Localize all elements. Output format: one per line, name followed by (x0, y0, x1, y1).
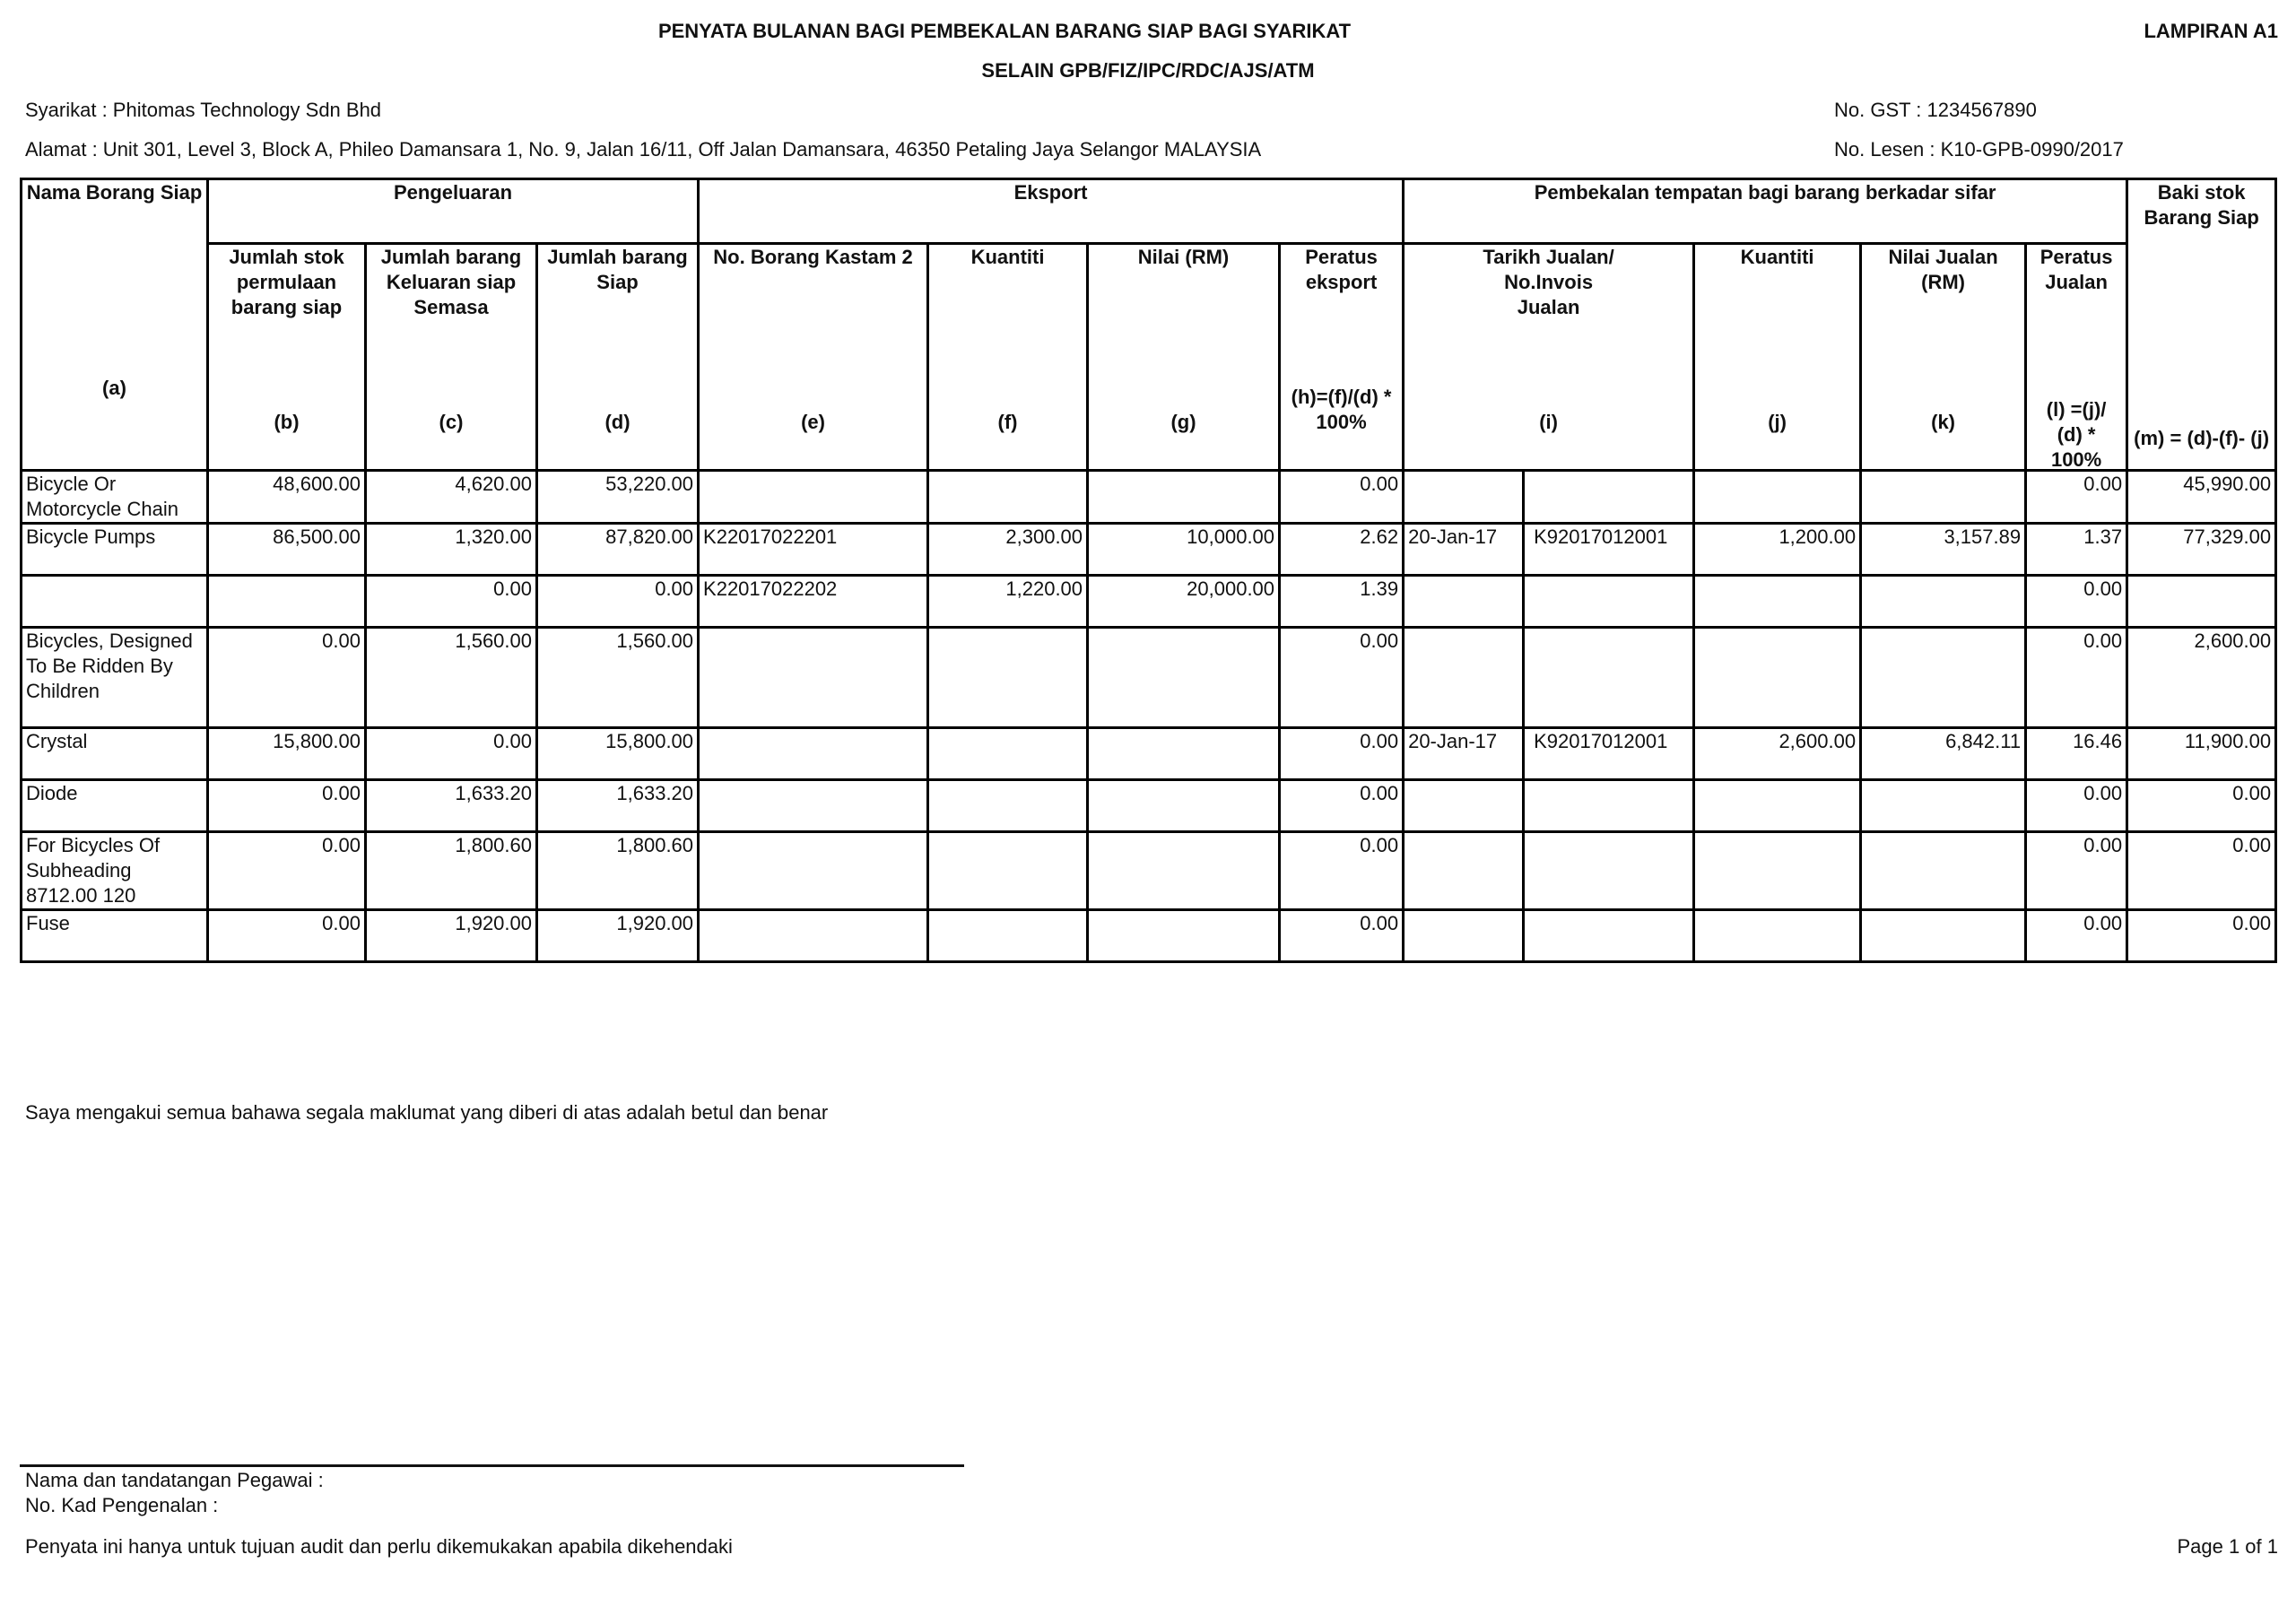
col-g-label: (g) (1089, 410, 1278, 435)
cell-c: 0.00 (366, 728, 537, 780)
cell-c: 4,620.00 (366, 471, 537, 524)
cell-l: 1.37 (2026, 524, 2127, 576)
cell-g: 10,000.00 (1088, 524, 1280, 576)
gst-number: No. GST : 1234567890 (1834, 99, 2037, 122)
cell-f: 2,300.00 (928, 524, 1088, 576)
cell-c: 1,633.20 (366, 780, 537, 832)
cell-e (699, 728, 928, 780)
col-h-title: Peratus eksport (1284, 245, 1398, 295)
cell-d: 1,560.00 (537, 628, 699, 728)
cell-b: 0.00 (208, 832, 366, 910)
col-e-header: No. Borang Kastam 2(e) (699, 243, 928, 470)
table-row: Bicycle Pumps86,500.001,320.0087,820.00K… (22, 524, 2276, 576)
cell-f (928, 780, 1088, 832)
cell-c: 1,920.00 (366, 910, 537, 962)
cell-name: Crystal (22, 728, 208, 780)
cell-name: Bicycles, Designed To Be Ridden By Child… (22, 628, 208, 728)
report-title-line1: PENYATA BULANAN BAGI PEMBEKALAN BARANG S… (658, 20, 1351, 42)
cell-j: 1,200.00 (1694, 524, 1861, 576)
cell-m: 0.00 (2127, 780, 2276, 832)
col-e-label: (e) (700, 410, 926, 435)
col-group-baki: Baki stok Barang Siap (m) = (d)-(f)- (j) (2127, 179, 2276, 471)
col-group-pembekalan: Pembekalan tempatan bagi barang berkadar… (1404, 179, 2127, 244)
cell-i-inv (1524, 910, 1694, 962)
col-l-header: Peratus Jualan(l) =(j)/ (d) * 100% (2026, 243, 2127, 470)
cell-k (1861, 628, 2026, 728)
table-row: For Bicycles Of Subheading 8712.00 1200.… (22, 832, 2276, 910)
col-c-title: Jumlah barang Keluaran siap Semasa (370, 245, 532, 320)
cell-c: 0.00 (366, 576, 537, 628)
col-j-label: (j) (1695, 410, 1859, 435)
cell-c: 1,560.00 (366, 628, 537, 728)
cell-k: 3,157.89 (1861, 524, 2026, 576)
cell-b: 0.00 (208, 910, 366, 962)
cell-f (928, 728, 1088, 780)
signature-line (20, 1464, 964, 1467)
cell-k (1861, 576, 2026, 628)
cell-g (1088, 628, 1280, 728)
cell-e (699, 471, 928, 524)
license-number: No. Lesen : K10-GPB-0990/2017 (1834, 138, 2124, 161)
table-row: Bicycle Or Motorcycle Chain48,600.004,62… (22, 471, 2276, 524)
cell-f (928, 910, 1088, 962)
cell-j (1694, 910, 1861, 962)
cell-name: Fuse (22, 910, 208, 962)
cell-d: 53,220.00 (537, 471, 699, 524)
cell-b: 15,800.00 (208, 728, 366, 780)
cell-m: 77,329.00 (2127, 524, 2276, 576)
cell-f (928, 832, 1088, 910)
cell-g (1088, 471, 1280, 524)
table-row: Fuse0.001,920.001,920.000.000.000.00 (22, 910, 2276, 962)
cell-i-inv (1524, 471, 1694, 524)
cell-name (22, 576, 208, 628)
cell-l: 0.00 (2026, 780, 2127, 832)
cell-c: 1,800.60 (366, 832, 537, 910)
cell-l: 0.00 (2026, 910, 2127, 962)
cell-h: 2.62 (1280, 524, 1404, 576)
cell-h: 0.00 (1280, 628, 1404, 728)
col-h-label: (h)=(f)/(d) * 100% (1281, 385, 1402, 435)
cell-i-date (1404, 576, 1524, 628)
cell-k (1861, 910, 2026, 962)
cell-h: 0.00 (1280, 832, 1404, 910)
cell-b: 48,600.00 (208, 471, 366, 524)
col-g-header: Nilai (RM)(g) (1088, 243, 1280, 470)
cell-e (699, 832, 928, 910)
col-i-header: Tarikh Jualan/ No.Invois Jualan(i) (1404, 243, 1694, 470)
cell-g: 20,000.00 (1088, 576, 1280, 628)
col-l-title: Peratus Jualan (2036, 245, 2117, 295)
col-group-name: Nama Borang Siap (a) (22, 179, 208, 471)
col-f-label: (f) (929, 410, 1086, 435)
cell-i-inv (1524, 832, 1694, 910)
cell-g (1088, 780, 1280, 832)
cell-m: 0.00 (2127, 910, 2276, 962)
table-row: 0.000.00K220170222021,220.0020,000.001.3… (22, 576, 2276, 628)
table-row: Bicycles, Designed To Be Ridden By Child… (22, 628, 2276, 728)
cell-b: 86,500.00 (208, 524, 366, 576)
cell-i-inv (1524, 576, 1694, 628)
cell-m (2127, 576, 2276, 628)
col-d-label: (d) (538, 410, 697, 435)
cell-name: Bicycle Or Motorcycle Chain (22, 471, 208, 524)
table-body: Bicycle Or Motorcycle Chain48,600.004,62… (22, 471, 2276, 962)
cell-i-date: 20-Jan-17 (1404, 728, 1524, 780)
cell-m: 0.00 (2127, 832, 2276, 910)
col-m-label: (m) = (d)-(f)- (j) (2128, 426, 2274, 451)
cell-f: 1,220.00 (928, 576, 1088, 628)
cell-d: 15,800.00 (537, 728, 699, 780)
col-i-title: Tarikh Jualan/ No.Invois Jualan (1482, 245, 1616, 320)
col-b-title: Jumlah stok permulaan barang siap (213, 245, 361, 320)
cell-i-inv: K92017012001 (1524, 728, 1694, 780)
cell-d: 1,800.60 (537, 832, 699, 910)
cell-k (1861, 471, 2026, 524)
cell-l: 16.46 (2026, 728, 2127, 780)
cell-b (208, 576, 366, 628)
col-h-header: Peratus eksport(h)=(f)/(d) * 100% (1280, 243, 1404, 470)
report-title-line2: SELAIN GPB/FIZ/IPC/RDC/AJS/ATM (981, 59, 1314, 82)
cell-i-date: 20-Jan-17 (1404, 524, 1524, 576)
cell-j (1694, 832, 1861, 910)
cell-d: 0.00 (537, 576, 699, 628)
cell-g (1088, 910, 1280, 962)
col-k-title: Nilai Jualan (RM) (1885, 245, 2002, 295)
cell-j (1694, 576, 1861, 628)
col-name-title: Nama Borang Siap (26, 180, 203, 205)
report-title: PENYATA BULANAN BAGI PEMBEKALAN BARANG S… (0, 20, 2296, 43)
cell-l: 0.00 (2026, 576, 2127, 628)
cell-j (1694, 628, 1861, 728)
cell-l: 0.00 (2026, 832, 2127, 910)
page-number: Page 1 of 1 (2177, 1535, 2278, 1559)
cell-h: 0.00 (1280, 728, 1404, 780)
officer-name-label: Nama dan tandatangan Pegawai : (25, 1469, 324, 1492)
cell-d: 1,633.20 (537, 780, 699, 832)
col-j-title: Kuantiti (1699, 245, 1856, 270)
cell-i-date (1404, 628, 1524, 728)
col-a-label: (a) (22, 376, 206, 401)
cell-h: 0.00 (1280, 910, 1404, 962)
statement-table: Nama Borang Siap (a) Pengeluaran Eksport… (20, 178, 2277, 963)
col-b-label: (b) (209, 410, 364, 435)
cell-k: 6,842.11 (1861, 728, 2026, 780)
cell-d: 87,820.00 (537, 524, 699, 576)
cell-h: 1.39 (1280, 576, 1404, 628)
cell-j (1694, 780, 1861, 832)
ic-number-label: No. Kad Pengenalan : (25, 1494, 218, 1517)
cell-i-inv: K92017012001 (1524, 524, 1694, 576)
col-l-label: (l) =(j)/ (d) * 100% (2040, 397, 2112, 471)
cell-l: 0.00 (2026, 471, 2127, 524)
cell-i-date (1404, 471, 1524, 524)
cell-h: 0.00 (1280, 471, 1404, 524)
cell-e: K22017022202 (699, 576, 928, 628)
col-m-title: Baki stok Barang Siap (2132, 180, 2271, 230)
col-f-header: Kuantiti(f) (928, 243, 1088, 470)
cell-g (1088, 728, 1280, 780)
cell-b: 0.00 (208, 628, 366, 728)
cell-g (1088, 832, 1280, 910)
col-k-label: (k) (1862, 410, 2024, 435)
col-g-title: Nilai (RM) (1092, 245, 1274, 270)
report-subtitle: SELAIN GPB/FIZ/IPC/RDC/AJS/ATM (0, 59, 2296, 83)
col-d-title: Jumlah barang Siap (542, 245, 693, 295)
cell-h: 0.00 (1280, 780, 1404, 832)
cell-e (699, 780, 928, 832)
col-group-eksport: Eksport (699, 179, 1404, 244)
cell-m: 2,600.00 (2127, 628, 2276, 728)
cell-l: 0.00 (2026, 628, 2127, 728)
cell-name: Bicycle Pumps (22, 524, 208, 576)
cell-j: 2,600.00 (1694, 728, 1861, 780)
cell-b: 0.00 (208, 780, 366, 832)
col-e-title: No. Borang Kastam 2 (703, 245, 923, 270)
table-row: Diode0.001,633.201,633.200.000.000.00 (22, 780, 2276, 832)
cell-i-inv (1524, 628, 1694, 728)
cell-name: For Bicycles Of Subheading 8712.00 120 (22, 832, 208, 910)
col-i-label: (i) (1405, 410, 1692, 435)
col-f-title: Kuantiti (933, 245, 1083, 270)
cell-m: 45,990.00 (2127, 471, 2276, 524)
cell-e (699, 910, 928, 962)
audit-note: Penyata ini hanya untuk tujuan audit dan… (25, 1535, 733, 1559)
col-group-pengeluaran: Pengeluaran (208, 179, 699, 244)
cell-e: K22017022201 (699, 524, 928, 576)
col-j-header: Kuantiti(j) (1694, 243, 1861, 470)
cell-c: 1,320.00 (366, 524, 537, 576)
cell-i-date (1404, 780, 1524, 832)
cell-name: Diode (22, 780, 208, 832)
appendix-label: LAMPIRAN A1 (2144, 20, 2278, 43)
cell-f (928, 628, 1088, 728)
cell-e (699, 628, 928, 728)
cell-m: 11,900.00 (2127, 728, 2276, 780)
cell-f (928, 471, 1088, 524)
col-c-label: (c) (367, 410, 535, 435)
cell-k (1861, 832, 2026, 910)
cell-i-date (1404, 832, 1524, 910)
table-row: Crystal15,800.000.0015,800.000.0020-Jan-… (22, 728, 2276, 780)
declaration-text: Saya mengakui semua bahawa segala maklum… (25, 1101, 828, 1125)
cell-j (1694, 471, 1861, 524)
company-address: Alamat : Unit 301, Level 3, Block A, Phi… (25, 138, 1261, 161)
company-name: Syarikat : Phitomas Technology Sdn Bhd (25, 99, 381, 122)
col-b-header: Jumlah stok permulaan barang siap(b) (208, 243, 366, 470)
col-d-header: Jumlah barang Siap(d) (537, 243, 699, 470)
col-c-header: Jumlah barang Keluaran siap Semasa(c) (366, 243, 537, 470)
cell-k (1861, 780, 2026, 832)
col-k-header: Nilai Jualan (RM)(k) (1861, 243, 2026, 470)
cell-i-inv (1524, 780, 1694, 832)
cell-i-date (1404, 910, 1524, 962)
cell-d: 1,920.00 (537, 910, 699, 962)
